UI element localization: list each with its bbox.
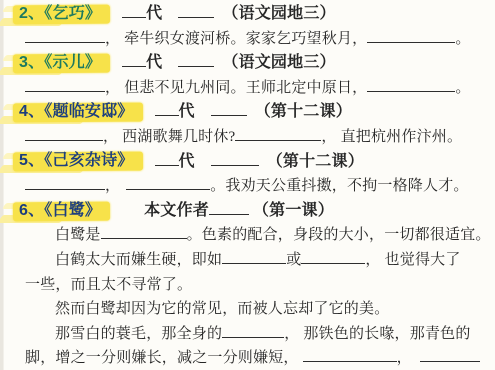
text-run: ， <box>105 178 120 194</box>
section-6-paragraph-line: 那雪白的蓑毛，那全身的， 那铁色的长喙，那青色的 <box>25 322 495 347</box>
section-2-header: 代（语文园地三） <box>122 5 336 22</box>
fill-in-blank <box>367 29 455 43</box>
text-run: ， 也觉得大了 <box>365 252 460 268</box>
text-run: 。 <box>455 80 470 96</box>
text-run: 代 <box>146 5 162 22</box>
section-6-title: 6、《白鹭》 <box>19 202 101 219</box>
fill-in-blank <box>122 4 146 18</box>
text-run: 代 <box>146 54 162 71</box>
text-run: 然而白鹭却因为它的常见，而被人忘却了它的美。 <box>55 301 389 317</box>
fill-in-blank <box>211 102 247 116</box>
section-4-poem-line: ， 西湖歌舞几时休?， 直把杭州作汴州。 <box>25 125 495 150</box>
section-5-header: 代（第十二课） <box>155 153 364 170</box>
section-2-title-highlight: 2、《乞巧》 <box>13 4 110 24</box>
text-run: ， 直把杭州作汴州。 <box>321 129 462 145</box>
text-run: ， 牵牛织女渡河桥。家家乞巧望秋月， <box>105 31 367 47</box>
section-4-title-row: 4、《题临安邸》代（第十二课） <box>13 100 495 125</box>
spacer <box>162 17 178 18</box>
spacer <box>195 115 211 116</box>
fill-in-blank <box>25 127 103 141</box>
section-3-header: 代（语文园地三） <box>122 54 336 71</box>
section-5-title: 5、《己亥杂诗》 <box>19 152 134 169</box>
spacer <box>195 165 211 166</box>
section-5-title-highlight: 5、《己亥杂诗》 <box>13 151 143 171</box>
section-3-poem-line: ， 但悲不见九州同。王师北定中原日，。 <box>25 76 495 101</box>
section-3-title-row: 3、《示儿》代（语文园地三） <box>13 51 495 76</box>
section-2-title: 2、《乞巧》 <box>19 5 101 22</box>
section-6-title-highlight: 6、《白鹭》 <box>13 201 110 221</box>
section-6-title-row: 6、《白鹭》本文作者（第一课） <box>13 199 495 224</box>
section-6-paragraph-line: 然而白鹭却因为它的常见，而被人忘却了它的美。 <box>25 297 495 322</box>
section-6-paragraph-line: 白鹭是。色素的配合，身段的大小，一切都很适宜。 <box>25 223 495 248</box>
text-run: 代 <box>179 103 195 120</box>
spacer <box>162 66 178 67</box>
text-run: 白鹤太大而嫌生硬，即如 <box>55 252 222 268</box>
text-run: ， 西湖歌舞几时休? <box>103 129 235 145</box>
fill-in-blank <box>209 201 249 215</box>
section-6-paragraph-line: 一些，而且太不寻常了。 <box>25 273 495 298</box>
fill-in-blank <box>25 176 105 190</box>
section-5-title-row: 5、《己亥杂诗》代（第十二课） <box>13 150 495 175</box>
section-4-title: 4、《题临安邸》 <box>19 103 134 120</box>
text-run: 白鹭是 <box>55 227 101 243</box>
fill-in-blank <box>367 78 455 92</box>
text-run: （语文园地三） <box>222 5 335 22</box>
text-run: 一些，而且太不寻常了。 <box>25 277 192 293</box>
text-run: 脚，增之一分则嫌长，减之一分则嫌短， <box>25 350 299 366</box>
fill-in-blank <box>301 250 365 264</box>
section-4-title-highlight: 4、《题临安邸》 <box>13 102 143 122</box>
spacer <box>259 165 267 166</box>
text-run: （语文园地三） <box>222 54 335 71</box>
text-run: 。色素的配合，身段的大小，一切都很适宜。 <box>187 227 491 243</box>
section-3-title: 3、《示儿》 <box>19 54 101 71</box>
fill-in-blank <box>178 4 214 18</box>
fill-in-blank <box>155 102 179 116</box>
text-run: 那雪白的蓑毛，那全身的 <box>55 326 222 342</box>
fill-in-blank <box>222 324 284 338</box>
fill-in-blank <box>420 348 480 362</box>
section-2-poem-line: ， 牵牛织女渡河桥。家家乞巧望秋月，。 <box>25 27 495 52</box>
text-run: 本文作者 <box>144 202 209 219</box>
fill-in-blank <box>303 348 397 362</box>
fill-in-blank <box>126 176 210 190</box>
text-run: ， 但悲不见九州同。王师北定中原日， <box>105 80 367 96</box>
spacer <box>412 361 420 362</box>
fill-in-blank <box>211 152 259 166</box>
worksheet-page: 2、《乞巧》代（语文园地三） ， 牵牛织女渡河桥。家家乞巧望秋月，。 3、《示儿… <box>0 0 495 370</box>
section-6-paragraph-line: 白鹤太大而嫌生硬，即如或， 也觉得大了 <box>25 248 495 273</box>
section-3-title-highlight: 3、《示儿》 <box>13 53 110 73</box>
text-run: 。 <box>455 31 470 47</box>
section-4-header: 代（第十二课） <box>155 103 352 120</box>
section-6-paragraph-line: 脚，增之一分则嫌长，减之一分则嫌短，， <box>25 346 495 370</box>
section-5-poem-line: ，。我劝天公重抖擞，不拘一格降人才。 <box>25 174 495 199</box>
fill-in-blank <box>222 250 286 264</box>
spacer <box>122 214 144 215</box>
section-6-header: 本文作者（第一课） <box>122 202 334 219</box>
section-2-title-row: 2、《乞巧》代（语文园地三） <box>13 2 495 27</box>
text-run: （第十二课） <box>267 153 364 170</box>
fill-in-blank <box>235 127 321 141</box>
text-run: ， <box>397 350 412 366</box>
text-run: 或 <box>286 252 301 268</box>
text-run: 。我劝天公重抖擞，不拘一格降人才。 <box>210 178 468 194</box>
text-run: 代 <box>179 153 195 170</box>
fill-in-blank <box>178 53 214 67</box>
fill-in-blank <box>155 152 179 166</box>
fill-in-blank <box>101 225 187 239</box>
text-run: （第十二课） <box>255 103 352 120</box>
text-run: （第一课） <box>253 202 334 219</box>
spacer <box>247 115 255 116</box>
fill-in-blank <box>25 29 105 43</box>
fill-in-blank <box>25 78 105 92</box>
fill-in-blank <box>122 53 146 67</box>
text-run: ， 那铁色的长喙，那青色的 <box>284 326 470 342</box>
